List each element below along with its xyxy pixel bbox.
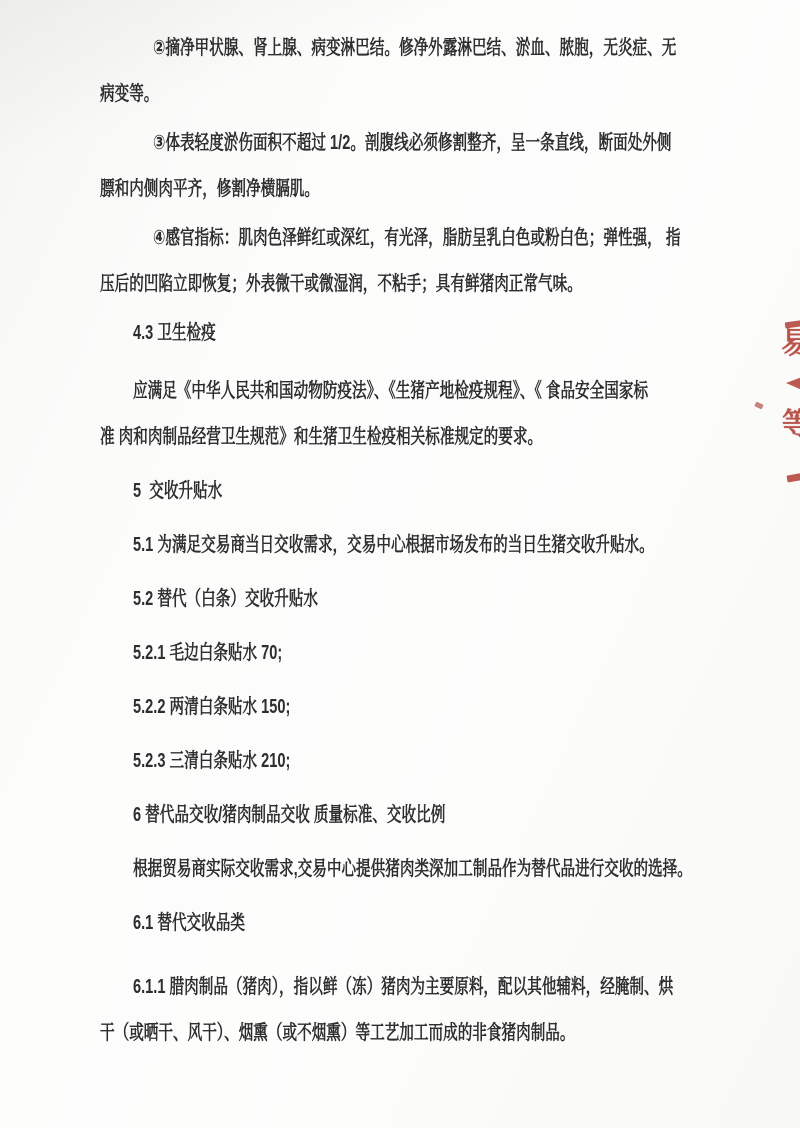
stamp-character: 易 [781,329,800,359]
clause-5-2-3: 5.2.3 三清白条贴水 210; [100,738,800,784]
section-heading: 4.3 卫生检疫 [133,310,620,356]
scanned-page: ②摘净甲状腺、肾上腺、病变淋巴结。修净外露淋巴结、淤血、脓胞，无炎症、无 病变等… [0,0,800,1128]
paragraph-6-body: 根据贸易商实际交收需求,交易中心提供猪肉类深加工制品作为替代品进行交收的选择。 [100,846,800,892]
text-line: 准 肉和肉制品经营卫生规范》和生猪卫生检疫相关标准规定的要求。 [100,414,611,460]
clause-6-1-1: 6.1.1 腊肉制品（猪肉），指以鲜（冻）猪肉为主要原料，配以其他辅料，经腌制、… [100,964,800,1056]
text-line: 压后的凹陷立即恢复；外表微干或微湿润，不粘手；具有鲜猪肉正常气味。 [100,261,611,307]
clause-circle-2: ②摘净甲状腺、肾上腺、病变淋巴结。修净外露淋巴结、淤血、脓胞，无炎症、无 病变等… [100,25,800,117]
text-line: 5.2.2 两清白条贴水 150; [133,684,620,730]
stamp-character: 等 [782,410,800,440]
heading-6-1: 6.1 替代交收品类 [100,900,800,946]
text-line: 5.1 为满足交易商当日交收需求，交易中心根据市场发布的当日生猪交收升贴水。 [133,522,620,568]
clause-circle-3: ③体表轻度淤伤面积不超过 1/2。剖腹线必须修割整齐，呈一条直线，断面处外侧 膘… [100,120,800,212]
heading-5: 5 交收升贴水 [100,468,800,514]
text-line: 6.1.1 腊肉制品（猪肉），指以鲜（冻）猪肉为主要原料，配以其他辅料，经腌制、… [133,964,620,1010]
text-line: 干（或晒干、风干）、烟熏（或不烟熏）等工艺加工而成的非食猪肉制品。 [100,1010,611,1056]
document-body: ②摘净甲状腺、肾上腺、病变淋巴结。修净外露淋巴结、淤血、脓胞，无炎症、无 病变等… [0,0,800,1056]
section-heading: 6 替代品交收/猪肉制品交收 质量标准、交收比例 [133,792,620,838]
text-line: ③体表轻度淤伤面积不超过 1/2。剖腹线必须修割整齐，呈一条直线，断面处外侧 [153,120,625,166]
text-line: 应满足《中华人民共和国动物防疫法》、《生猪产地检疫规程》、《 食品安全国家标 [133,368,620,414]
clause-5-2-1: 5.2.1 毛边白条贴水 70; [100,630,800,676]
text-line: ②摘净甲状腺、肾上腺、病变淋巴结。修净外露淋巴结、淤血、脓胞，无炎症、无 [153,25,625,71]
clause-5-1: 5.1 为满足交易商当日交收需求，交易中心根据市场发布的当日生猪交收升贴水。 [100,522,800,568]
section-heading: 5.2 替代（白条）交收升贴水 [133,576,620,622]
text-line: 5.2.3 三清白条贴水 210; [133,738,620,784]
stamp-stroke [786,377,800,390]
text-line: 根据贸易商实际交收需求,交易中心提供猪肉类深加工制品作为替代品进行交收的选择。 [133,846,620,892]
clause-5-2-2: 5.2.2 两清白条贴水 150; [100,684,800,730]
section-heading: 6.1 替代交收品类 [133,900,620,946]
heading-5-2: 5.2 替代（白条）交收升贴水 [100,576,800,622]
text-line: ④感官指标：肌肉色泽鲜红或深红，有光泽，脂肪呈乳白色或粉白色；弹性强， 指 [153,215,625,261]
section-heading: 5 交收升贴水 [133,468,620,514]
text-line: 病变等。 [100,71,611,117]
paragraph-4-3-body: 应满足《中华人民共和国动物防疫法》、《生猪产地检疫规程》、《 食品安全国家标 准… [100,368,800,460]
heading-6: 6 替代品交收/猪肉制品交收 质量标准、交收比例 [100,792,800,838]
heading-4-3: 4.3 卫生检疫 [100,310,800,356]
clause-circle-4: ④感官指标：肌肉色泽鲜红或深红，有光泽，脂肪呈乳白色或粉白色；弹性强， 指 压后… [100,215,800,307]
text-line: 5.2.1 毛边白条贴水 70; [133,630,620,676]
text-line: 膘和内侧肉平齐，修割净横膈肌。 [100,166,611,212]
